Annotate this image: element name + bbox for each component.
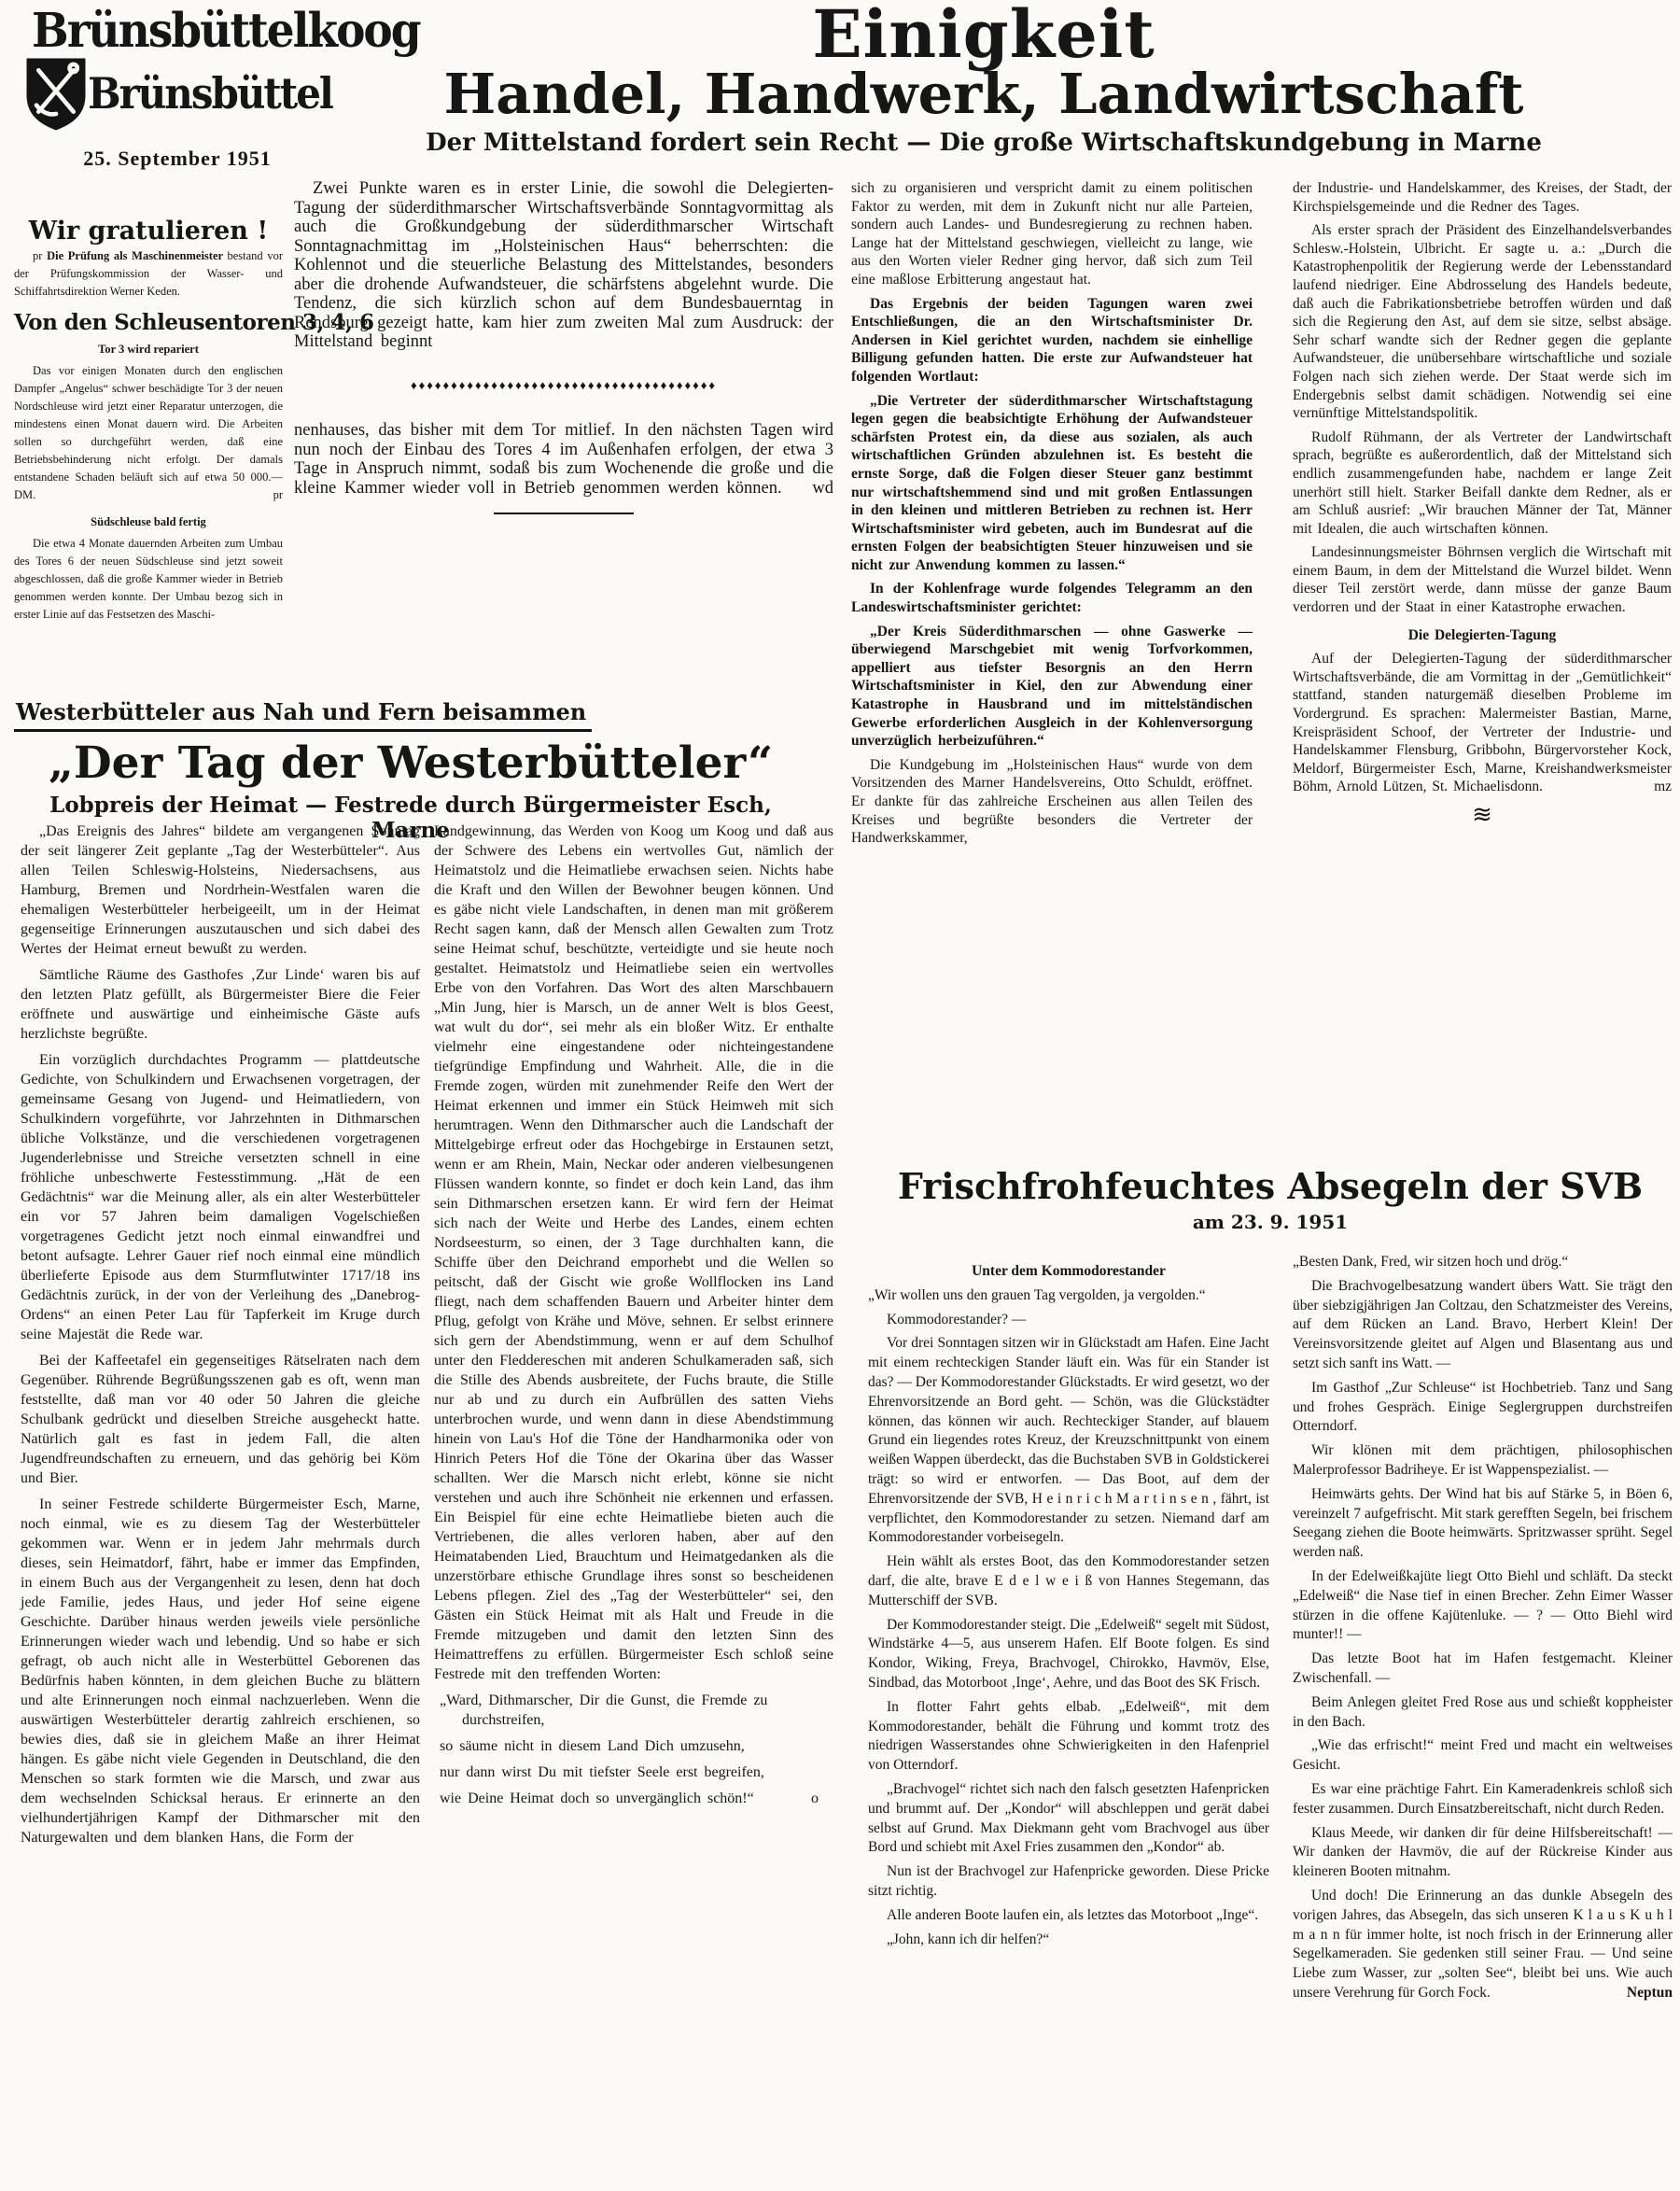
paragraph: „Besten Dank, Fred, wir sitzen hoch und … xyxy=(1293,1253,1673,1272)
signature: wd xyxy=(812,479,833,499)
paragraph: „Wir wollen uns den grauen Tag vergolden… xyxy=(868,1286,1269,1306)
column-subhead: Südschleuse bald fertig xyxy=(14,513,283,531)
paragraph: Die Kundgebung im „Holsteinischen Haus“ … xyxy=(851,756,1253,848)
paragraph: Sämtliche Räume des Gasthofes ‚Zur Linde… xyxy=(21,965,420,1044)
paragraph: Ein vorzüglich durchdachtes Programm — p… xyxy=(21,1050,420,1344)
paragraph: sich zu organisieren und verspricht dami… xyxy=(851,179,1253,289)
paragraph: „Das Ereignis des Jahres“ bildete am ver… xyxy=(21,822,420,959)
paragraph: „Die Vertreter der süderdithmarscher Wir… xyxy=(851,392,1253,575)
paragraph: pr Die Prüfung als Maschinenmeister best… xyxy=(14,247,283,301)
masthead-crest-anchor-icon xyxy=(22,55,90,133)
einigkeit-headline-1: Einigkeit xyxy=(308,4,1659,66)
schleusentore-continuation: nenhauses, das bisher mit dem Tor mitlie… xyxy=(294,421,833,498)
absegeln-headline-block: Frischfrohfeuchtes Absegeln der SVB am 2… xyxy=(868,1165,1673,1233)
einigkeit-column-3: der Industrie- und Handelskammer, des Kr… xyxy=(1293,179,1672,824)
paragraph: „Der Kreis Süderdithmarschen — ohne Gasw… xyxy=(851,623,1253,751)
paragraph: Auf der Delegierten-Tagung der süderdith… xyxy=(1293,650,1672,796)
paragraph: In flotter Fahrt gehts elbab. „Edelweiß“… xyxy=(868,1698,1269,1776)
paragraph: Als erster sprach der Präsident des Einz… xyxy=(1293,221,1672,423)
paragraph: Es war eine prächtige Fahrt. Ein Kamerad… xyxy=(1293,1780,1673,1819)
einigkeit-headline-block: Einigkeit Handel, Handwerk, Landwirtscha… xyxy=(308,4,1659,157)
signature: mz xyxy=(1635,778,1672,796)
signature: Neptun xyxy=(1608,1984,1673,2003)
paragraph: Zwei Punkte waren es in erster Linie, di… xyxy=(294,179,833,352)
paragraph: Rudolf Rühmann, der als Vertreter der La… xyxy=(1293,428,1672,539)
paragraph: Das letzte Boot hat im Hafen festgemacht… xyxy=(1293,1650,1673,1689)
einigkeit-subhead: Der Mittelstand fordert sein Recht — Die… xyxy=(308,129,1659,157)
signature: pr xyxy=(255,486,283,504)
paragraph: Alle anderen Boote laufen ein, als letzt… xyxy=(868,1906,1269,1926)
einigkeit-col1-text: Zwei Punkte waren es in erster Linie, di… xyxy=(294,179,833,352)
article-end-rule xyxy=(494,513,634,514)
paragraph: Im Gasthof „Zur Schleuse“ ist Hochbetrie… xyxy=(1293,1379,1673,1437)
paragraph: „John, kann ich dir helfen?“ xyxy=(868,1931,1269,1950)
einigkeit-column-2: sich zu organisieren und verspricht dami… xyxy=(851,179,1253,853)
paragraph: der Industrie- und Handelskammer, des Kr… xyxy=(1293,179,1672,216)
paragraph: nur dann wirst Du mit tiefster Seele ers… xyxy=(434,1763,833,1782)
paragraph: „Wie das erfrischt!“ meint Fred und mach… xyxy=(1293,1736,1673,1776)
absegeln-col2-text: „Besten Dank, Fred, wir sitzen hoch und … xyxy=(1293,1253,1673,2003)
newspaper-page: Brünsbüttelkoog Brünsbüttel 25. Septembe… xyxy=(0,0,1680,2191)
absegeln-column-1: Unter dem Kommodorestander„Wir wollen un… xyxy=(868,1253,1269,1954)
wester-kicker: Westerbütteler aus Nah und Fern beisamme… xyxy=(14,698,592,732)
paragraph: Das Ergebnis der beiden Tagungen waren z… xyxy=(851,295,1253,386)
paragraph: Bei der Kaffeetafel ein gegenseitiges Rä… xyxy=(21,1351,420,1488)
einigkeit-column-1: Zwei Punkte waren es in erster Linie, di… xyxy=(294,179,833,514)
paragraph: Die Brachvogelbesatzung wandert übers Wa… xyxy=(1293,1277,1673,1374)
paragraph: Landesinnungsmeister Böhrnsen verglich d… xyxy=(1293,543,1672,616)
paragraph: Die etwa 4 Monate dauernden Arbeiten zum… xyxy=(14,535,283,624)
einigkeit-col2-text: sich zu organisieren und verspricht dami… xyxy=(851,179,1253,848)
article-title-schleusentore: Von den Schleusentoren 3, 4, 6 xyxy=(14,314,283,331)
column-subhead: Unter dem Kommodorestander xyxy=(868,1262,1269,1282)
paragraph: In der Edelweißkajüte liegt Otto Biehl u… xyxy=(1293,1567,1673,1645)
paragraph: Das vor einigen Monaten durch den englis… xyxy=(14,362,283,504)
diamond-separator: ♦♦♦♦♦♦♦♦♦♦♦♦♦♦♦♦♦♦♦♦♦♦♦♦♦♦♦♦♦♦♦♦♦♦♦♦♦♦ xyxy=(294,376,833,396)
article-body-schleusentore: Tor 3 wird repariertDas vor einigen Mona… xyxy=(14,341,283,624)
paragraph: Der Kommodorestander steigt. Die „Edelwe… xyxy=(868,1616,1269,1693)
wester-col2-text: Landgewinnung, das Werden von Koog um Ko… xyxy=(434,822,833,1808)
paragraph: nenhauses, das bisher mit dem Tor mitlie… xyxy=(294,421,833,498)
column-subhead: Tor 3 wird repariert xyxy=(14,341,283,358)
wester-column-2: Landgewinnung, das Werden von Koog um Ko… xyxy=(434,822,833,1815)
einigkeit-headline-2: Handel, Handwerk, Landwirtschaft xyxy=(308,66,1659,121)
article-title-wir-gratulieren: Wir gratulieren ! xyxy=(14,222,283,240)
wester-col1-text: „Das Ereignis des Jahres“ bildete am ver… xyxy=(21,822,420,1847)
paragraph: „Brachvogel“ richtet sich nach den falsc… xyxy=(868,1780,1269,1858)
paragraph: Und doch! Die Erinnerung an das dunkle A… xyxy=(1293,1887,1673,2003)
paragraph: Heimwärts gehts. Der Wind hat bis auf St… xyxy=(1293,1485,1673,1563)
paragraph: Nun ist der Brachvogel zur Hafenpricke g… xyxy=(868,1862,1269,1902)
absegeln-col1-text: Unter dem Kommodorestander„Wir wollen un… xyxy=(868,1262,1269,1949)
paragraph: so säume nicht in diesem Land Dich umzus… xyxy=(434,1736,833,1756)
paragraph: Hein wählt als erstes Boot, das den Komm… xyxy=(868,1552,1269,1610)
einigkeit-col3-text: der Industrie- und Handelskammer, des Kr… xyxy=(1293,179,1672,796)
masthead-title-line1: Brünsbüttelkoog xyxy=(32,7,323,55)
absegeln-column-2: „Besten Dank, Fred, wir sitzen hoch und … xyxy=(1293,1253,1673,2008)
absegeln-headline: Frischfrohfeuchtes Absegeln der SVB xyxy=(868,1165,1673,1207)
article-body-wir-gratulieren: pr Die Prüfung als Maschinenmeister best… xyxy=(14,247,283,301)
paragraph: In seiner Festrede schilderte Bürgermeis… xyxy=(21,1495,420,1847)
issue-date: 25. September 1951 xyxy=(32,147,323,171)
column-subhead: Die Delegierten-Tagung xyxy=(1293,626,1672,645)
absegeln-date: am 23. 9. 1951 xyxy=(868,1211,1673,1233)
paragraph: Klaus Meede, wir danken dir für deine Hi… xyxy=(1293,1824,1673,1882)
paragraph: Vor drei Sonntagen sitzen wir in Glückst… xyxy=(868,1334,1269,1548)
masthead: Brünsbüttelkoog Brünsbüttel 25. Septembe… xyxy=(32,9,323,171)
paragraph: Beim Anlegen gleitet Fred Rose aus und s… xyxy=(1293,1693,1673,1733)
paragraph: „Ward, Dithmarscher, Dir die Gunst, die … xyxy=(434,1691,833,1730)
paragraph: Landgewinnung, das Werden von Koog um Ko… xyxy=(434,822,833,1684)
paragraph: wie Deine Heimat doch so unvergänglich s… xyxy=(434,1789,833,1808)
paragraph: In der Kohlenfrage wurde folgendes Teleg… xyxy=(851,580,1253,616)
left-column: Wir gratulieren ! pr Die Prüfung als Mas… xyxy=(14,222,283,627)
paragraph: Kommodorestander? — xyxy=(868,1311,1269,1330)
wester-headline: „Der Tag der Westerbütteler“ xyxy=(14,737,807,789)
masthead-title-line2: Brünsbüttel xyxy=(88,73,332,115)
wavy-end-mark: ≋ xyxy=(1293,806,1672,824)
paragraph: Wir klönen mit dem prächtigen, philosoph… xyxy=(1293,1441,1673,1481)
wester-column-1: „Das Ereignis des Jahres“ bildete am ver… xyxy=(21,822,420,1854)
